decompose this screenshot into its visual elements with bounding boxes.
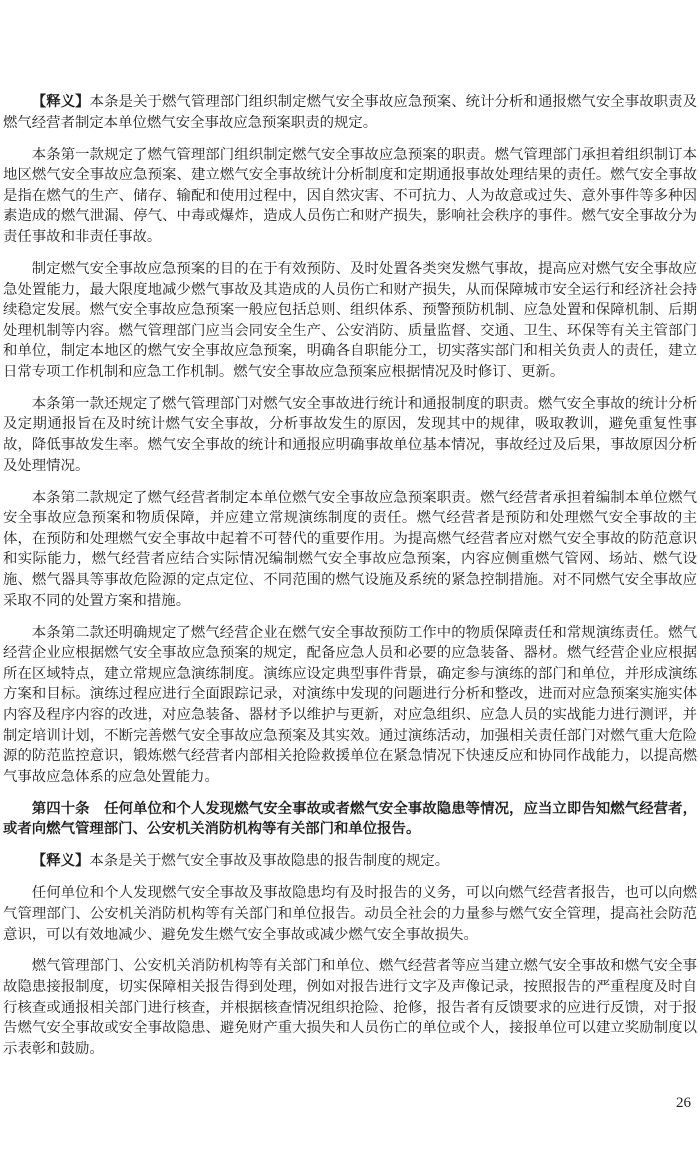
paragraph: 制定燃气安全事故应急预案的目的在于有效预防、及时处置各类突发燃气事故，提高应对燃…: [3, 259, 697, 383]
article-number-label: 第四十条: [32, 801, 104, 817]
paragraph: 本条第一款规定了燃气管理部门组织制定燃气安全事故应急预案的职责。燃气管理部门承担…: [3, 145, 697, 248]
paragraph-text: 本条第二款还明确规定了燃气经营企业在燃气安全事故预防工作中的物质保障责任和常规演…: [3, 625, 697, 785]
paragraph-text: 本条第一款还规定了燃气管理部门对燃气安全事故进行统计和通报制度的职责。燃气安全事…: [3, 396, 697, 474]
paragraph-text: 制定燃气安全事故应急预案的目的在于有效预防、及时处置各类突发燃气事故，提高应对燃…: [3, 261, 697, 380]
paragraph: 本条第二款还明确规定了燃气经营企业在燃气安全事故预防工作中的物质保障责任和常规演…: [3, 623, 697, 788]
paragraph-text: 本条是关于燃气安全事故及事故隐患的报告制度的规定。: [89, 853, 449, 869]
paragraph-text: 本条第二款规定了燃气经营者制定本单位燃气安全事故应急预案职责。燃气经营者承担着编…: [3, 490, 697, 609]
paragraph-text: 任何单位和个人发现燃气安全事故或者燃气安全事故隐患等情况，应当立即告知燃气经营者…: [3, 801, 697, 838]
paragraph-shiyi: 【释义】本条是关于燃气管理部门组织制定燃气安全事故应急预案、统计分析和通报燃气安…: [3, 92, 697, 133]
paragraph-shiyi: 【释义】本条是关于燃气安全事故及事故隐患的报告制度的规定。: [3, 851, 697, 872]
paragraph-text: 燃气管理部门、公安机关消防机构等有关部门和单位、燃气经营者等应当建立燃气安全事故…: [3, 958, 697, 1056]
paragraph-text: 任何单位和个人发现燃气安全事故及事故隐患均有及时报告的义务，可以向燃气经营者报告…: [3, 885, 697, 942]
page-number: 26: [676, 1094, 691, 1112]
paragraph: 本条第一款还规定了燃气管理部门对燃气安全事故进行统计和通报制度的职责。燃气安全事…: [3, 394, 697, 476]
shiyi-label: 【释义】: [32, 853, 90, 869]
shiyi-label: 【释义】: [32, 94, 90, 110]
document-page: 【释义】本条是关于燃气管理部门组织制定燃气安全事故应急预案、统计分析和通报燃气安…: [0, 0, 700, 1059]
paragraph-article-40: 第四十条 任何单位和个人发现燃气安全事故或者燃气安全事故隐患等情况，应当立即告知…: [3, 799, 697, 840]
paragraph: 燃气管理部门、公安机关消防机构等有关部门和单位、燃气经营者等应当建立燃气安全事故…: [3, 956, 697, 1059]
paragraph: 任何单位和个人发现燃气安全事故及事故隐患均有及时报告的义务，可以向燃气经营者报告…: [3, 883, 697, 945]
paragraph: 本条第二款规定了燃气经营者制定本单位燃气安全事故应急预案职责。燃气经营者承担着编…: [3, 488, 697, 612]
paragraph-text: 本条第一款规定了燃气管理部门组织制定燃气安全事故应急预案的职责。燃气管理部门承担…: [3, 147, 697, 245]
paragraph-text: 本条是关于燃气管理部门组织制定燃气安全事故应急预案、统计分析和通报燃气安全事故职…: [3, 94, 697, 131]
